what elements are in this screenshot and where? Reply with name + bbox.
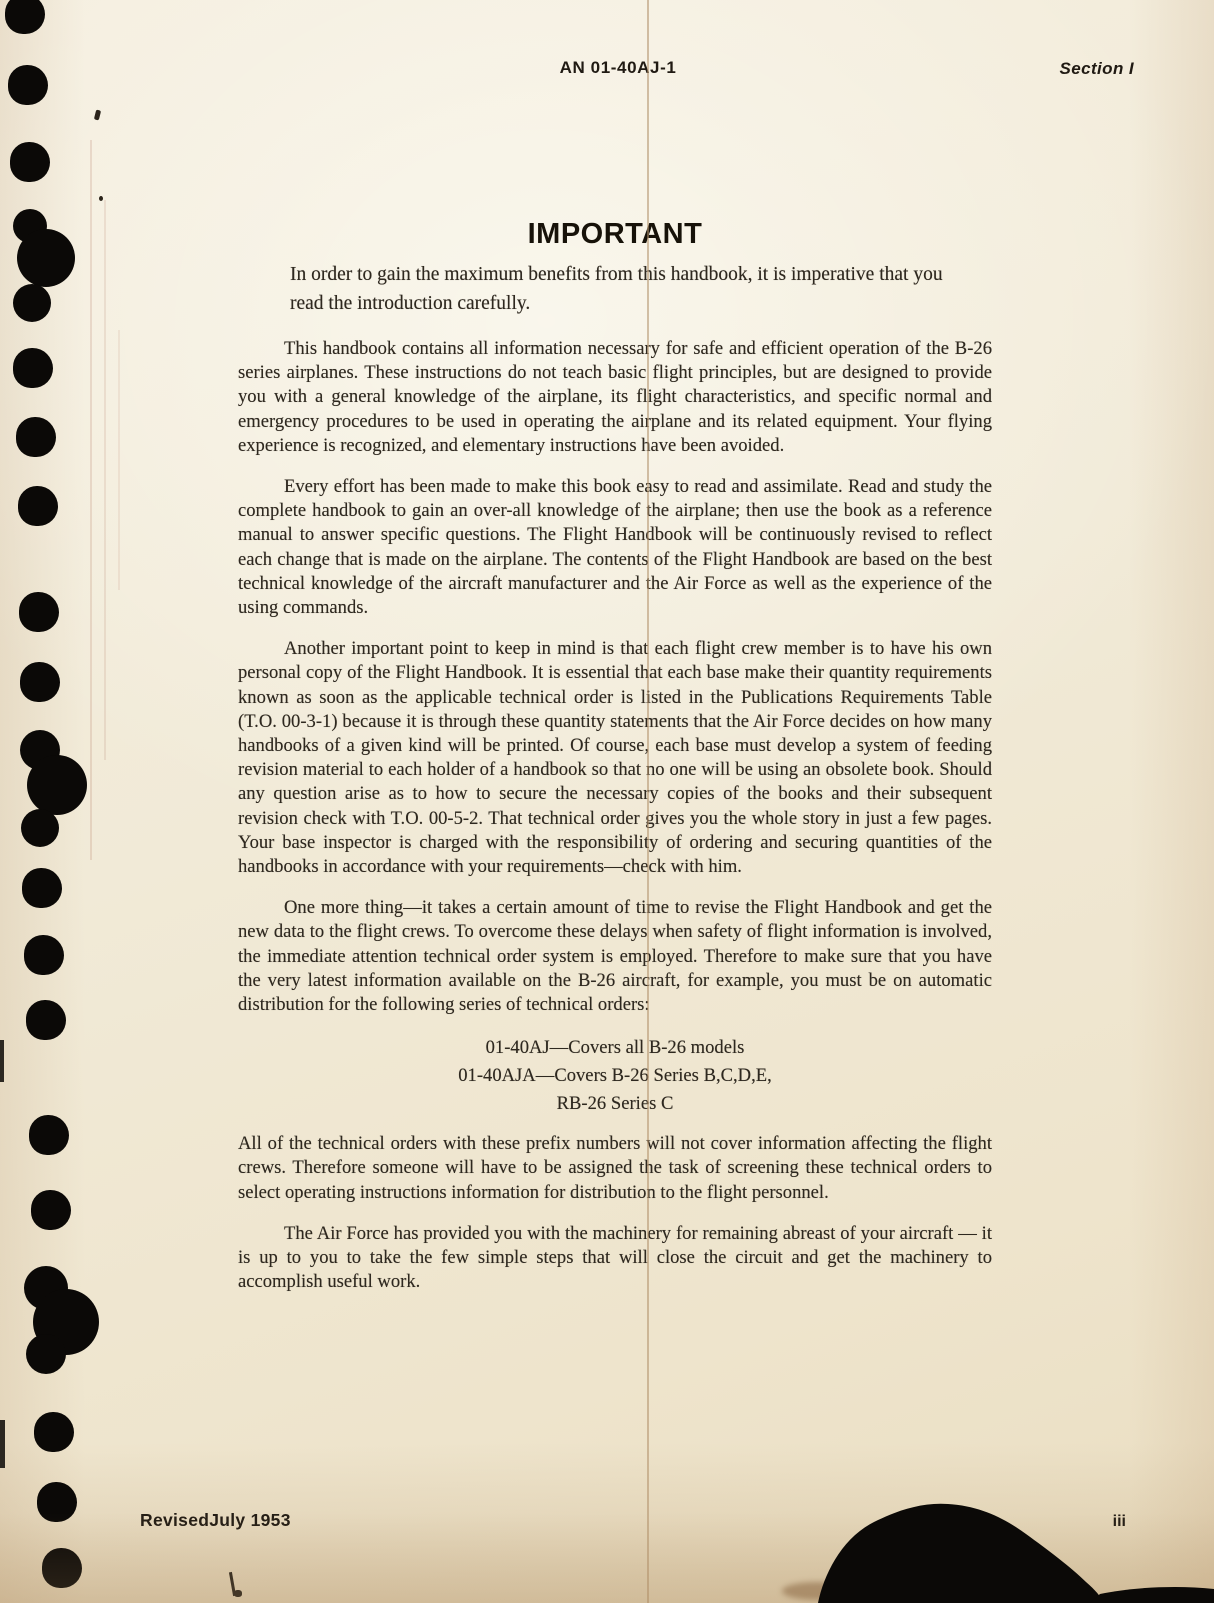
manual-page: AN 01-40AJ-1 Section I IMPORTANT In orde… (0, 0, 1214, 1603)
technical-order-item: RB-26 Series C (238, 1090, 992, 1118)
punch-hole-artifact (18, 486, 58, 526)
crease-artifact (104, 200, 106, 760)
crease-artifact (118, 330, 120, 590)
paragraph-handbook-contents: This handbook contains all information n… (238, 337, 992, 458)
paragraph-air-force-machinery: The Air Force has provided you with the … (238, 1222, 992, 1295)
punch-hole-artifact (5, 0, 45, 34)
scan-edge-artifact (0, 1040, 4, 1082)
paragraph-prefix-numbers: All of the technical orders with these p… (238, 1132, 992, 1205)
scan-edge-artifact (0, 1420, 5, 1468)
punch-hole-artifact (26, 1000, 66, 1040)
punch-hole-artifact (8, 65, 48, 105)
page-title: IMPORTANT (238, 218, 992, 251)
punch-hole-artifact (31, 1190, 71, 1230)
ink-speck-artifact (94, 110, 101, 121)
text-column: IMPORTANT In order to gain the maximum b… (238, 218, 992, 1312)
punch-hole-artifact (19, 592, 59, 632)
lead-paragraph: In order to gain the maximum benefits fr… (290, 261, 952, 318)
punch-hole-artifact (24, 935, 64, 975)
paragraph-every-effort: Every effort has been made to make this … (238, 475, 992, 620)
paragraph-one-more-thing: One more thing—it takes a certain amount… (238, 896, 992, 1017)
punch-hole-artifact (34, 1412, 74, 1452)
punch-hole-artifact (29, 1115, 69, 1155)
punch-hole-artifact (22, 868, 62, 908)
punch-hole-artifact (20, 662, 60, 702)
technical-order-item: 01-40AJ—Covers all B-26 models (238, 1034, 992, 1062)
paragraph-personal-copy: Another important point to keep in mind … (238, 637, 992, 879)
ink-speck-artifact (99, 196, 103, 201)
doc-number: AN 01-40AJ-1 (560, 58, 677, 78)
punch-hole-artifact (13, 348, 53, 388)
punch-hole-artifact (10, 142, 50, 182)
page-fold-line-artifact (647, 0, 649, 1603)
scan-blob-artifact (790, 1490, 1214, 1603)
punch-hole-artifact (16, 417, 56, 457)
technical-order-item: 01-40AJA—Covers B-26 Series B,C,D,E, (238, 1062, 992, 1090)
crease-artifact (90, 140, 92, 860)
section-label: Section I (1060, 59, 1134, 79)
technical-orders-list: 01-40AJ—Covers all B-26 models 01-40AJA—… (238, 1034, 992, 1118)
